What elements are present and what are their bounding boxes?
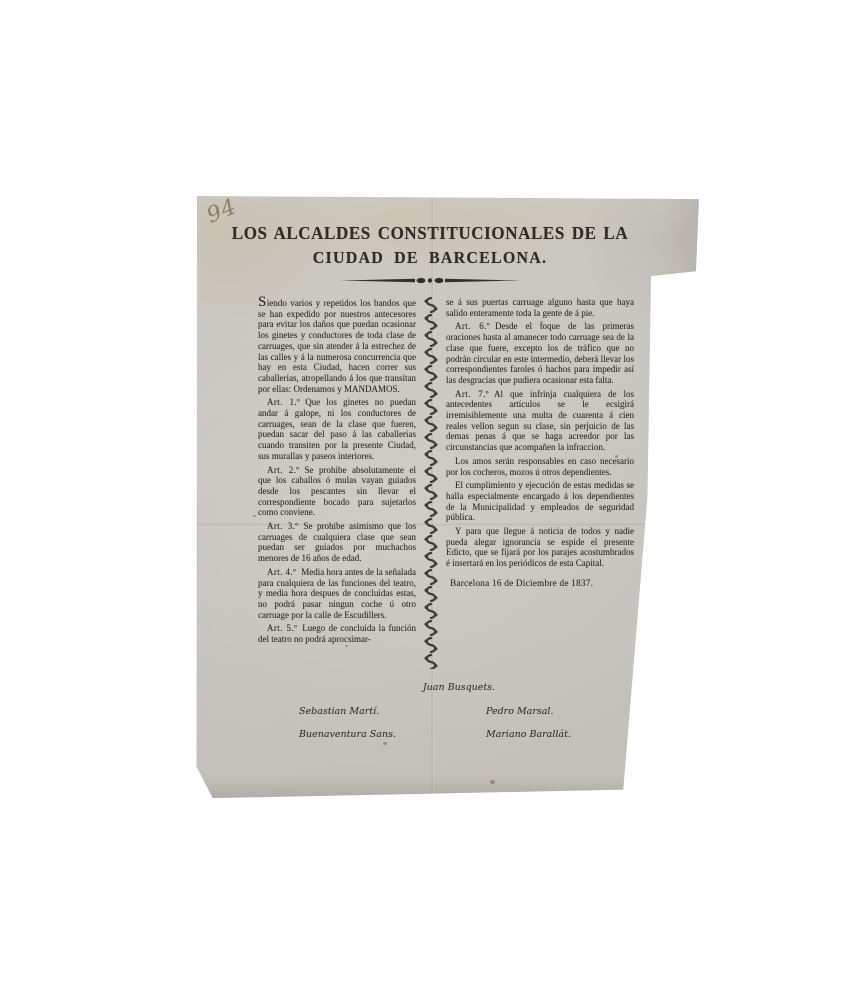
article-2-label: Art. 2.º [267,465,300,475]
intro-text: iendo varios y repetidos los bandos que … [258,298,416,394]
dateline: Barcelona 16 de Diciembre de 1837. [446,579,634,590]
article-1: Art. 1.ºQue los ginetes no puedan andar … [258,397,416,461]
document-title-line1: LOS ALCALDES CONSTITUCIONALES DE LA [210,224,650,245]
printed-edict: LOS ALCALDES CONSTITUCIONALES DE LA CIUD… [195,193,700,800]
left-text-column: Siendo varios y repetidos los bandos que… [258,297,416,648]
article-4-label: Art. 4.º [267,567,296,577]
title-divider-ornament [335,274,525,286]
photo-background: 94 LOS ALCALDES CONSTITUCIONALES DE LA C… [0,0,846,1000]
signature-name: Buenaventura Sans. [299,723,396,746]
right-text-column: se á sus puertas carruage alguno hasta q… [446,297,634,593]
article-6-label: Art. 6.º [455,321,490,331]
signature-row: Sebastian Martí. Buenaventura Sans. Pedr… [258,700,640,756]
closing-paragraph-enforcement: El cumplimiento y ejecución de estas med… [446,480,634,523]
article-5: Art. 5.ºLuego de concluida la función de… [258,623,416,644]
two-column-text: Siendo varios y repetidos los bandos que… [258,297,634,669]
column-divider-ornament [416,297,446,669]
closing-paragraph-publication: Y para que llegue á noticia de todos y n… [446,526,634,569]
document-header: LOS ALCALDES CONSTITUCIONALES DE LA CIUD… [210,224,650,291]
article-4: Art. 4.ºMedia hora antes de la señalada … [258,567,416,621]
article-1-label: Art. 1.º [267,397,300,407]
signature-name: Mariano Barallát. [486,723,571,746]
signature-name: Sebastian Martí. [299,700,396,723]
intro-initial-cap: S [258,294,267,310]
signature-block: Juan Busquets. Sebastian Martí. Buenaven… [258,682,640,756]
signature-column-right: Pedro Marsal. Mariano Barallát. [486,700,571,746]
signature-column-left: Sebastian Martí. Buenaventura Sans. [299,700,396,746]
article-6: Art. 6.ºDesde el toque de las primeras o… [446,321,634,385]
article-5-continuation: se á sus puertas carruage alguno hasta q… [446,297,634,318]
document-paper: 94 LOS ALCALDES CONSTITUCIONALES DE LA C… [195,193,700,800]
article-3: Art. 3.ºSe prohibe asimismo que los carr… [258,521,416,564]
article-5-label: Art. 5.º [267,623,297,633]
intro-paragraph: Siendo varios y repetidos los bandos que… [258,297,416,394]
document-title-line2: CIUDAD DE BARCELONA. [210,250,650,269]
article-7-label: Art. 7.º [455,389,489,399]
signature-name: Pedro Marsal. [486,700,571,723]
signature-principal: Juan Busquets. [258,682,640,693]
closing-paragraph-responsibility: Los amos serán responsables en caso nece… [446,456,634,477]
article-3-label: Art. 3.º [267,521,299,531]
article-7: Art. 7.ºAl que infrinja cualquiera de lo… [446,389,634,453]
article-2: Art. 2.ºSe prohibe absolutamente el que … [258,465,416,519]
